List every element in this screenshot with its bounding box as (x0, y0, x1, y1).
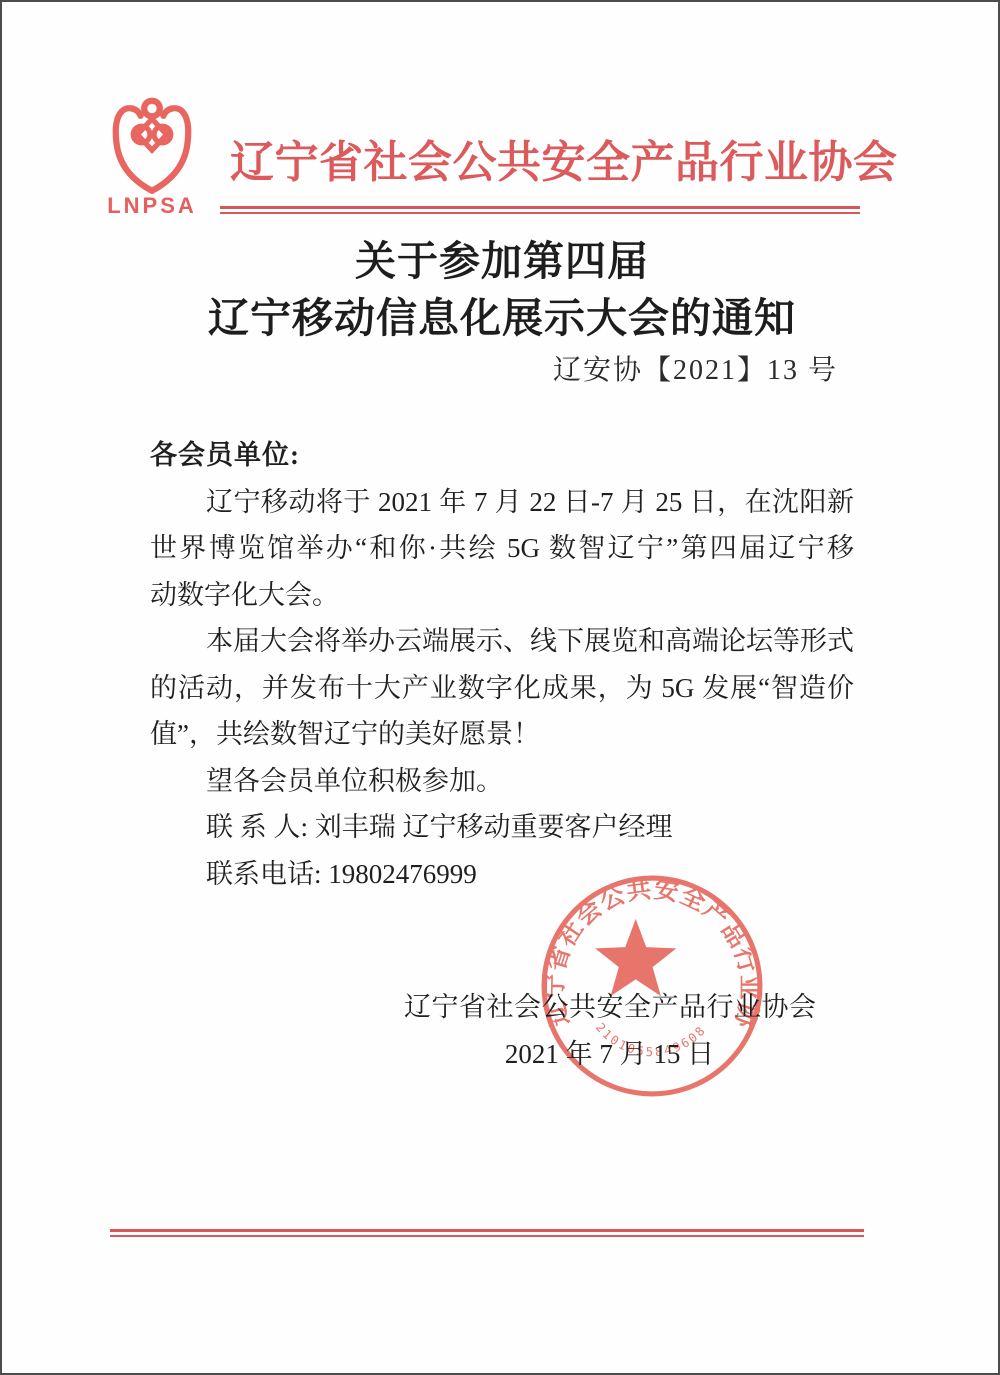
contact-phone-line: 联系电话: 19802476999 (150, 851, 854, 898)
footer-double-rule (110, 1229, 864, 1237)
body-line: 动数字化大会。 (150, 572, 854, 619)
body-line: 值”，共绘数智辽宁的美好愿景！ (150, 711, 854, 758)
document-title: 关于参加第四届 辽宁移动信息化展示大会的通知 (2, 233, 1000, 347)
scanned-notice-page: LNPSA 辽宁省社会公共安全产品行业协会 关于参加第四届 辽宁移动信息化展示大… (0, 0, 1000, 1375)
body-line: 辽宁移动将于 2021 年 7 月 22 日-7 月 25 日，在沈阳新 (150, 479, 854, 526)
document-number: 辽安协【2021】13 号 (553, 348, 838, 388)
body-line: 望各会员单位积极参加。 (150, 758, 854, 805)
signature-date: 2021 年 7 月 15 日 (2, 1032, 1000, 1071)
body-line: 的活动，并发布十大产业数字化成果，为 5G 发展“智造价 (150, 665, 854, 712)
body-line: 世界博览馆举办“和你·共绘 5G 数智辽宁”第四届辽宁移 (150, 525, 854, 572)
signature-org-name: 辽宁省社会公共安全产品行业协会 (404, 985, 804, 1024)
association-logo-icon (110, 96, 194, 196)
document-title-line-1: 关于参加第四届 (2, 233, 1000, 290)
logo-acronym: LNPSA (104, 193, 200, 219)
header-org-name: 辽宁省社会公共安全产品行业协会 (230, 126, 862, 190)
header-double-rule (220, 206, 860, 214)
body-line: 本届大会将举办云端展示、线下展览和高端论坛等形式 (150, 618, 854, 665)
salutation-line: 各会员单位: (150, 432, 854, 479)
contact-person-line: 联 系 人: 刘丰瑞 辽宁移动重要客户经理 (150, 804, 854, 851)
notice-body: 各会员单位: 辽宁移动将于 2021 年 7 月 22 日-7 月 25 日，在… (150, 432, 854, 897)
document-title-line-2: 辽宁移动信息化展示大会的通知 (2, 290, 1000, 347)
